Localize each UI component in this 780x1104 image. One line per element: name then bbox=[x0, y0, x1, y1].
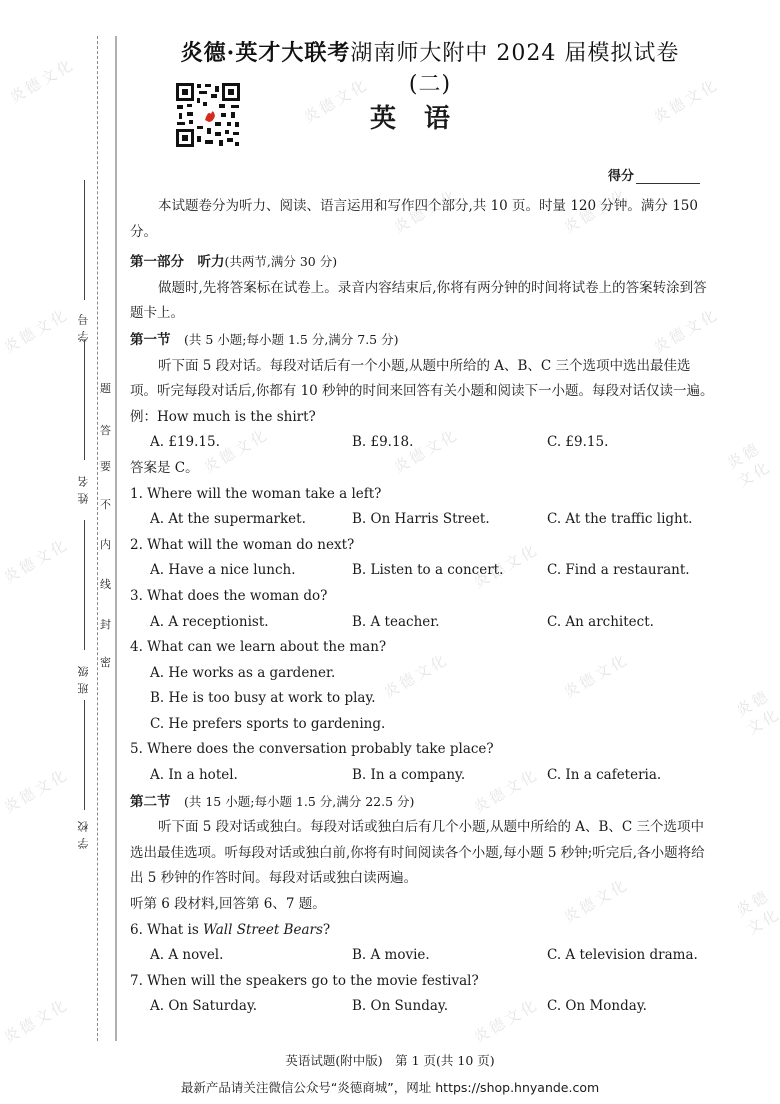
option-6c: C. A television drama. bbox=[547, 943, 698, 969]
exam-content: 本试题卷分为听力、阅读、语言运用和写作四个部分,共 10 页。时量 120 分钟… bbox=[130, 194, 716, 1020]
option-1c: C. At the traffic light. bbox=[547, 507, 692, 533]
question-3: 3. What does the woman do? bbox=[130, 584, 716, 610]
seal-char: 不 bbox=[100, 496, 111, 512]
option-2a: A. Have a nice lunch. bbox=[150, 558, 352, 584]
section2-heading: 第二节 (共 15 小题;每小题 1.5 分,满分 22.5 分) bbox=[130, 789, 716, 816]
section2-heading-sub: (共 15 小题;每小题 1.5 分,满分 22.5 分) bbox=[184, 794, 414, 809]
score-label: 得分 bbox=[608, 169, 634, 184]
part1-heading: 第一部分 听力(共两节,满分 30 分) bbox=[130, 249, 716, 276]
watermark: 炎德文化 bbox=[6, 53, 79, 107]
part1-heading-title: 第一部分 听力 bbox=[130, 254, 225, 270]
school-label: 学校 bbox=[76, 815, 92, 849]
section1-heading: 第一节 (共 5 小题;每小题 1.5 分,满分 7.5 分) bbox=[130, 327, 716, 354]
example-question: 例：How much is the shirt? bbox=[130, 405, 716, 431]
question-3-options: A. A receptionist. B. A teacher. C. An a… bbox=[130, 610, 716, 636]
question-6-title: Wall Street Bears bbox=[203, 922, 323, 938]
option-7b: B. On Sunday. bbox=[352, 994, 547, 1020]
seal-dotted-line bbox=[97, 36, 98, 1041]
question-1-options: A. At the supermarket. B. On Harris Stre… bbox=[130, 507, 716, 533]
seal-char: 要 bbox=[100, 458, 111, 474]
student-id-label: 学号 bbox=[76, 308, 92, 342]
seal-char: 答 bbox=[100, 422, 111, 438]
question-6-suffix: ? bbox=[323, 922, 330, 938]
watermark: 炎德文化 bbox=[723, 430, 780, 491]
option-5c: C. In a cafeteria. bbox=[547, 763, 661, 789]
class-label: 班级 bbox=[76, 660, 92, 694]
question-5: 5. Where does the conversation probably … bbox=[130, 737, 716, 763]
watermark: 炎德文化 bbox=[0, 993, 72, 1047]
name-label: 姓名 bbox=[76, 470, 92, 504]
option-2c: C. Find a restaurant. bbox=[547, 558, 690, 584]
option-3c: C. An architect. bbox=[547, 610, 654, 636]
option-4b: B. He is too busy at work to play. bbox=[130, 686, 716, 712]
part1-heading-sub: (共两节,满分 30 分) bbox=[225, 254, 338, 269]
class-blank bbox=[84, 520, 85, 650]
question-2-options: A. Have a nice lunch. B. Listen to a con… bbox=[130, 558, 716, 584]
option-5a: A. In a hotel. bbox=[150, 763, 352, 789]
exam-intro: 本试题卷分为听力、阅读、语言运用和写作四个部分,共 10 页。时量 120 分钟… bbox=[130, 194, 716, 245]
exam-title-main: 湖南师大附中 2024 届模拟试卷(二) bbox=[350, 41, 679, 97]
student-id-blank bbox=[84, 180, 85, 300]
option-2b: B. Listen to a concert. bbox=[352, 558, 547, 584]
option-4c: C. He prefers sports to gardening. bbox=[130, 712, 716, 738]
watermark: 炎德文化 bbox=[732, 883, 780, 939]
seal-char: 题 bbox=[100, 380, 111, 396]
option-1b: B. On Harris Street. bbox=[352, 507, 547, 533]
section1-heading-title: 第一节 bbox=[130, 332, 171, 348]
section1-instruction: 听下面 5 段对话。每段对话后有一个小题,从题中所给的 A、B、C 三个选项中选… bbox=[130, 354, 716, 405]
page-border-line bbox=[115, 36, 117, 1041]
page-footer: 英语试题(附中版) 第 1 页(共 10 页) bbox=[0, 1051, 780, 1069]
name-blank bbox=[84, 340, 85, 460]
score-blank[interactable] bbox=[636, 183, 700, 184]
option-6a: A. A novel. bbox=[150, 943, 352, 969]
option-6b: B. A movie. bbox=[352, 943, 547, 969]
option-7a: A. On Saturday. bbox=[150, 994, 352, 1020]
qr-code-icon[interactable] bbox=[175, 82, 241, 148]
exam-title: 炎德·英才大联考湖南师大附中 2024 届模拟试卷(二) bbox=[170, 36, 690, 98]
part1-instruction: 做题时,先将答案标在试卷上。录音内容结束后,你将有两分钟的时间将试卷上的答案转涂… bbox=[130, 276, 716, 327]
section2-instruction: 听下面 5 段对话或独白。每段对话或独白后有几个小题,从题中所给的 A、B、C … bbox=[130, 815, 716, 892]
question-1: 1. Where will the woman take a left? bbox=[130, 482, 716, 508]
exam-title-brand: 炎德·英才大联考 bbox=[181, 40, 351, 66]
seal-char: 线 bbox=[100, 576, 111, 592]
example-answer: 答案是 C。 bbox=[130, 456, 716, 482]
question-7-options: A. On Saturday. B. On Sunday. C. On Mond… bbox=[130, 994, 716, 1020]
school-blank bbox=[84, 700, 85, 810]
seal-char: 封 bbox=[100, 616, 111, 632]
section2-heading-title: 第二节 bbox=[130, 794, 171, 810]
option-4a: A. He works as a gardener. bbox=[130, 661, 716, 687]
question-7: 7. When will the speakers go to the movi… bbox=[130, 969, 716, 995]
score-field: 得分 bbox=[608, 165, 700, 184]
watermark: 炎德文化 bbox=[732, 683, 780, 739]
exam-page: 炎德文化 炎德文化 炎德文化 炎德文化 炎德文化 炎德文化 炎德文化 炎德文化 … bbox=[0, 0, 780, 1104]
material-6-note: 听第 6 段材料,回答第 6、7 题。 bbox=[130, 892, 716, 918]
question-6-options: A. A novel. B. A movie. C. A television … bbox=[130, 943, 716, 969]
option-5b: B. In a company. bbox=[352, 763, 547, 789]
promo-footer[interactable]: 最新产品请关注微信公众号“炎德商城”，网址 https://shop.hnyan… bbox=[0, 1078, 780, 1096]
question-6: 6. What is Wall Street Bears? bbox=[130, 918, 716, 944]
question-2: 2. What will the woman do next? bbox=[130, 533, 716, 559]
question-6-prefix: 6. What is bbox=[130, 922, 203, 938]
example-option-b: B. £9.18. bbox=[352, 430, 547, 456]
example-option-c: C. £9.15. bbox=[547, 430, 608, 456]
option-1a: A. At the supermarket. bbox=[150, 507, 352, 533]
question-4: 4. What can we learn about the man? bbox=[130, 635, 716, 661]
section1-heading-sub: (共 5 小题;每小题 1.5 分,满分 7.5 分) bbox=[184, 332, 399, 347]
seal-char: 内 bbox=[100, 536, 111, 552]
watermark: 炎德文化 bbox=[0, 763, 72, 817]
question-5-options: A. In a hotel. B. In a company. C. In a … bbox=[130, 763, 716, 789]
subject-title: 英语 bbox=[370, 98, 478, 135]
option-3b: B. A teacher. bbox=[352, 610, 547, 636]
example-option-a: A. £19.15. bbox=[150, 430, 352, 456]
option-3a: A. A receptionist. bbox=[150, 610, 352, 636]
watermark: 炎德文化 bbox=[0, 533, 72, 587]
option-7c: C. On Monday. bbox=[547, 994, 647, 1020]
watermark: 炎德文化 bbox=[0, 303, 72, 357]
seal-char: 密 bbox=[100, 654, 111, 670]
example-options: A. £19.15. B. £9.18. C. £9.15. bbox=[130, 430, 716, 456]
